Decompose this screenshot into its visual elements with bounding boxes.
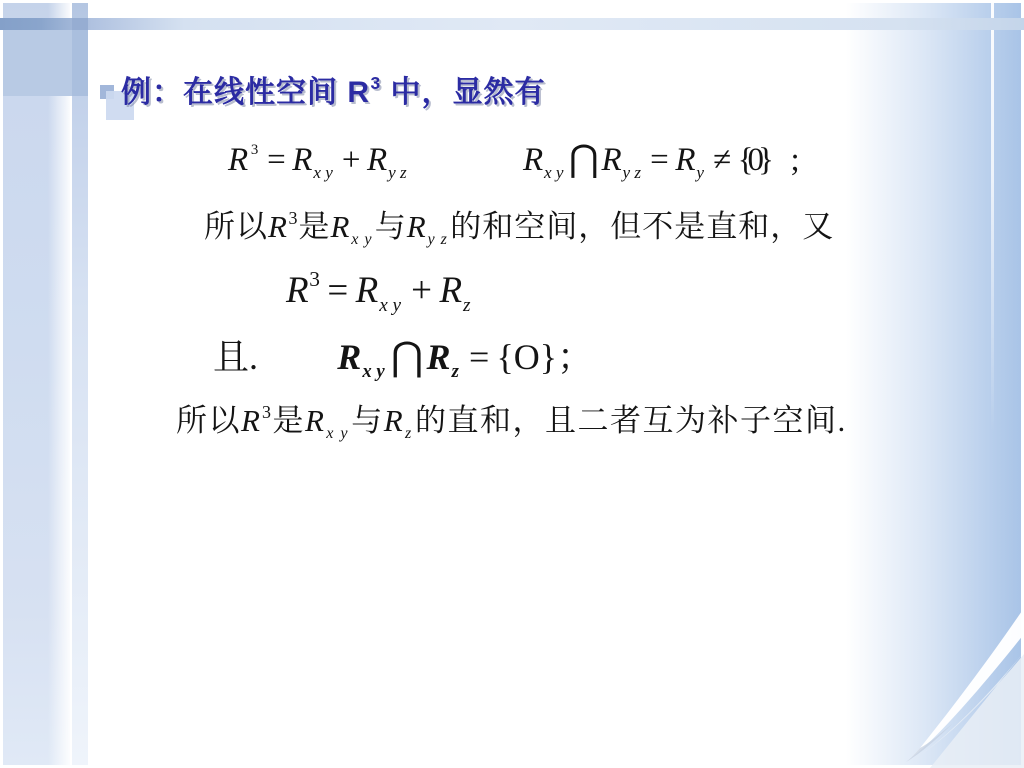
token-b: R xyxy=(337,337,361,377)
token-i: R xyxy=(523,142,543,178)
token-i: R xyxy=(439,270,462,311)
token-i: R xyxy=(356,270,379,311)
token-op: = xyxy=(650,142,669,178)
token-sub: y z xyxy=(623,163,642,182)
token-op: = xyxy=(469,337,489,377)
token-b: R xyxy=(426,337,450,377)
token-br: {O} xyxy=(497,337,558,377)
token-sup: 3 xyxy=(309,267,320,291)
page-curl-decoration xyxy=(890,556,1024,768)
token-n: R xyxy=(347,76,370,109)
left-stripe-fade xyxy=(48,3,72,765)
token-i: R xyxy=(228,142,248,178)
token-n: 是 xyxy=(298,209,330,244)
token-sub: x y xyxy=(351,231,372,248)
token-i: R xyxy=(241,403,261,438)
top-horizontal-band xyxy=(0,18,1024,30)
token-sup: 3 xyxy=(288,208,298,228)
token-i: R xyxy=(675,142,695,178)
text-direct-sum-complement: 所以R3是Rx y与Rz的直和，且二者互为补子空间. xyxy=(176,403,847,439)
token-n: 所以 xyxy=(176,403,241,438)
text-sum-space-not-direct: 所以R3是Rx y与Ry z的和空间，但不是直和，又 xyxy=(204,209,834,245)
token-op: + xyxy=(342,142,361,178)
formula-intersection-xy-z: 且.Rx y⋂Rz={O}； xyxy=(213,334,593,380)
token-cap: ⋂ xyxy=(569,139,599,179)
token-sub: z xyxy=(405,425,413,442)
token-sub: z xyxy=(463,295,471,316)
token-sub: x y xyxy=(544,163,564,182)
token-sup: 3 xyxy=(371,73,382,93)
token-i: R xyxy=(330,209,350,244)
formula-r3-sum-xy-yz: R3=Rx y+Ry z xyxy=(228,142,409,180)
right-vertical-highlight xyxy=(991,3,994,433)
token-i: R xyxy=(407,209,427,244)
top-band-dark-segment xyxy=(72,18,88,30)
token-sub: y z xyxy=(428,231,448,248)
token-n: ； xyxy=(557,337,593,377)
token-n: 的和空间，但不是直和，又 xyxy=(450,209,834,244)
token-op: + xyxy=(411,270,432,311)
token-bsub: z xyxy=(452,361,459,382)
token-n: 所以 xyxy=(204,209,268,244)
token-n: 例：在线性空间 xyxy=(121,76,347,109)
token-sub: x y xyxy=(326,425,349,442)
token-n: 与 xyxy=(375,209,407,244)
token-n: 是 xyxy=(272,403,305,438)
token-op: = xyxy=(267,142,286,178)
token-i: R xyxy=(286,270,309,311)
token-op: = xyxy=(327,270,348,311)
token-ssup: 3 xyxy=(251,142,258,158)
token-i: R xyxy=(292,142,312,178)
token-n: 与 xyxy=(351,403,384,438)
token-n: 且. xyxy=(213,337,258,377)
slide-title: 例：在线性空间 R3 中，显然有 xyxy=(121,76,546,111)
token-i: R xyxy=(384,403,404,438)
token-sub: y xyxy=(696,163,704,182)
token-sub: y z xyxy=(388,163,407,182)
token-i: R xyxy=(367,142,387,178)
token-n: 的直和，且二者互为补子空间. xyxy=(415,403,847,438)
token-end: ; xyxy=(790,142,799,178)
token-n: 中，显然有 xyxy=(381,76,545,109)
token-brt: {0} xyxy=(738,142,768,178)
left-narrow-stripe xyxy=(72,3,88,765)
token-cap: ⋂ xyxy=(391,335,423,379)
token-sub: x y xyxy=(379,295,401,316)
top-left-block-stripe xyxy=(72,30,88,96)
token-i: R xyxy=(305,403,325,438)
token-sub: x y xyxy=(313,163,333,182)
token-op: ≠ xyxy=(713,142,731,178)
token-i: R xyxy=(602,142,622,178)
token-sup: 3 xyxy=(262,402,272,422)
presentation-slide: 例：在线性空间 R3 中，显然有 R3=Rx y+Ry z Rx y⋂Ry z=… xyxy=(0,0,1024,768)
token-bsub: x y xyxy=(362,361,384,382)
formula-r3-sum-xy-z: R3=Rx y+Rz xyxy=(286,270,473,313)
formula-intersection-xy-yz: Rx y⋂Ry z=Ry≠{0}; xyxy=(523,138,800,180)
token-i: R xyxy=(268,209,288,244)
